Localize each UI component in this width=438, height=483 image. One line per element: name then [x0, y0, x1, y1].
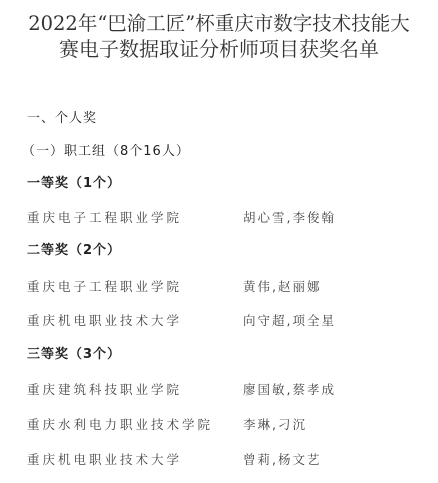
winner-school: 重庆建筑科技职业学院: [27, 382, 182, 398]
winner-names: 向守超,项全星: [243, 313, 336, 329]
winner-school: 重庆电子工程职业学院: [27, 210, 182, 226]
winner-names: 黄伟,赵丽娜: [243, 279, 321, 295]
document-title-line-2: 赛电子数据取证分析师项目获奖名单: [0, 37, 438, 61]
section-heading-individual-award: 一、个人奖: [27, 111, 97, 127]
prize-heading-second: 二等奖（2个）: [27, 243, 121, 259]
winner-school: 重庆机电职业技术大学: [27, 452, 182, 468]
winner-names: 胡心雪,李俊翰: [243, 210, 336, 226]
winner-school: 重庆机电职业技术大学: [27, 313, 182, 329]
prize-heading-third: 三等奖（3个）: [27, 347, 121, 363]
winner-names: 廖国敏,蔡孝成: [243, 382, 336, 398]
winner-names: 曾莉,杨文艺: [243, 452, 321, 468]
group-heading-staff: （一）职工组（8个16人）: [22, 144, 190, 160]
prize-heading-first: 一等奖（1个）: [27, 176, 121, 192]
winner-school: 重庆水利电力职业技术学院: [27, 417, 213, 433]
winner-school: 重庆电子工程职业学院: [27, 279, 182, 295]
document-title-line-1: 2022年“巴渝工匠”杯重庆市数字技术技能大: [0, 12, 438, 36]
winner-names: 李琳,刁沉: [243, 417, 307, 433]
